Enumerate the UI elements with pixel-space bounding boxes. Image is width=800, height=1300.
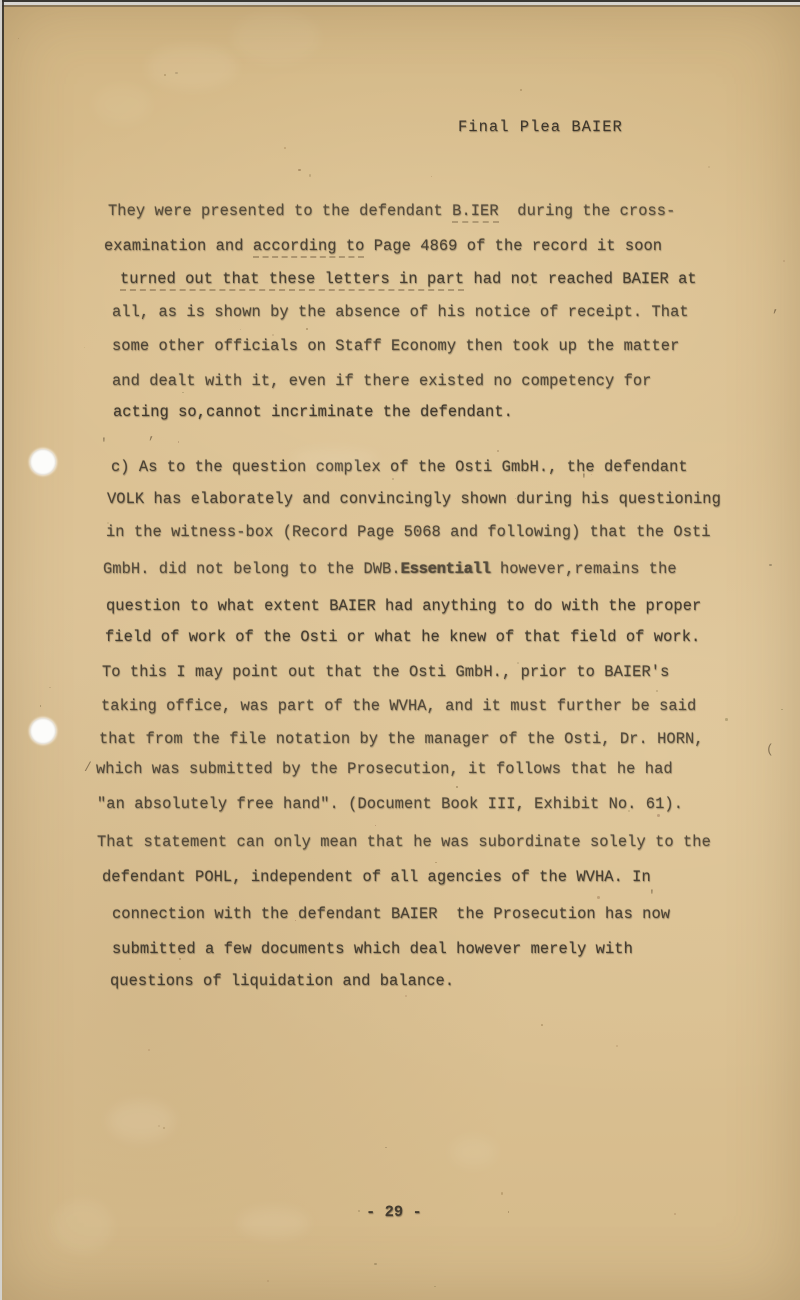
text-segment: which was submitted by the Prosecution, … [96,760,673,778]
text-segment: submitted a few documents which deal how… [112,940,633,958]
text-line: submitted a few documents which deal how… [112,940,633,958]
text-segment: That statement can only mean that he was… [97,833,711,851]
text-line: and dealt with it, even if there existed… [112,372,652,390]
text-line: in the witness-box (Record Page 5068 and… [106,523,711,541]
paper-fleck [49,687,51,689]
stray-mark: , [772,300,780,315]
text-segment: Page 4869 of the record it soon [364,237,662,255]
paper-fleck [541,1024,543,1026]
text-line: defendant POHL, independent of all agenc… [102,868,651,886]
text-segment: "an absolutely free hand". (Document Boo… [97,795,683,813]
text-segment: however,remains the [491,560,677,578]
paper-light-patch [93,85,151,124]
paper-fleck [405,995,407,997]
text-segment: field of work of the Osti or what he kne… [105,628,700,646]
underscored-text: according to [253,237,365,258]
text-line: VOLK has elaborately and convincingly sh… [107,490,721,508]
paper-fleck [272,334,274,336]
text-line: acting so,cannot incriminate the defenda… [113,403,513,421]
paper-light-patch [238,1208,309,1238]
text-line: They were presented to the defendant B.I… [108,202,675,220]
text-line: all, as is shown by the absence of his n… [112,303,689,321]
scan-edge-left-dark [2,0,4,1300]
hole-punch [30,718,56,744]
text-segment: c) As to the question complex of the Ost… [111,458,688,476]
paper-fleck [358,1210,360,1212]
text-segment: some other officials on Staff Economy th… [112,337,679,355]
paper-fleck [148,1049,150,1051]
text-segment: defendant POHL, independent of all agenc… [102,868,651,886]
text-line: That statement can only mean that he was… [97,833,711,851]
paper-light-patch [232,12,321,64]
paper-fleck [656,690,658,692]
paper-fleck [657,814,660,817]
paper-fleck [781,709,782,710]
stray-mark: ( [766,742,774,757]
paper-fleck [769,564,771,566]
paper-fleck [497,450,499,452]
page-number: - 29 - [366,1203,422,1221]
scan-edge-top-shadow [0,5,800,7]
paper-fleck [375,825,376,826]
paper-fleck [508,1211,510,1213]
paper-fleck [267,1280,269,1282]
paper-fleck [298,169,300,171]
text-segment: all, as is shown by the absence of his n… [112,303,689,321]
stray-mark: ' [580,472,588,487]
text-line: examination and according to Page 4869 o… [104,237,662,255]
paper-fleck [182,392,184,394]
paper-fleck [520,89,522,91]
text-segment: connection with the defendant BAIER the … [112,905,670,923]
text-line: c) As to the question complex of the Ost… [111,458,688,476]
text-line: taking office, was part of the WVHA, and… [101,697,696,715]
paper-fleck [435,862,437,864]
scanned-document-page: Final Plea BAIER They were presented to … [0,0,800,1300]
paper-fleck [374,1263,377,1266]
paper-fleck [178,441,179,442]
underscored-text: turned out that these letters in part [120,270,464,291]
paper-fleck [18,38,19,39]
stray-mark: ' [648,888,656,903]
paper-fleck [616,1045,618,1047]
paper-fleck [515,498,516,499]
paper-fleck [434,1286,435,1287]
paper-fleck [783,260,785,262]
text-segment: and dealt with it, even if there existed… [112,372,652,390]
underscored-text: B.IER [452,202,499,223]
text-line: connection with the defendant BAIER the … [112,905,670,923]
text-line: turned out that these letters in part ha… [120,270,697,288]
stray-mark: ' [100,436,108,451]
hole-punch [30,449,56,475]
text-line: which was submitted by the Prosecution, … [96,760,673,778]
paper-fleck [351,564,354,567]
paper-fleck [628,810,630,812]
text-segment: To this I may point out that the Osti Gm… [102,663,669,681]
paper-fleck [529,284,531,286]
stray-mark: / [84,760,92,775]
paper-fleck [674,1213,676,1215]
paper-fleck [84,347,85,348]
stray-mark: , [148,427,156,442]
paper-light-patch [147,45,237,88]
paper-fleck [597,896,600,899]
paper-fleck [456,786,457,787]
text-segment: questions of liquidation and balance. [110,972,454,990]
text-segment: GmbH. did not belong to the DWB. [103,560,401,578]
text-segment: acting so,cannot incriminate the defenda… [113,403,513,421]
text-segment: during the cross- [499,202,676,220]
text-segment: had not reached BAIER at [464,270,697,288]
text-segment: in the witness-box (Record Page 5068 and… [106,523,711,541]
paper-fleck [708,166,710,168]
text-line: some other officials on Staff Economy th… [112,337,679,355]
paper-fleck [309,174,311,176]
paper-light-patch [108,1101,175,1141]
paper-fleck [517,662,519,664]
text-line: GmbH. did not belong to the DWB.Essentia… [103,560,677,578]
text-line: question to what extent BAIER had anythi… [106,597,701,615]
paper-fleck [284,147,286,149]
text-line: "an absolutely free hand". (Document Boo… [97,795,683,813]
text-segment: VOLK has elaborately and convincingly sh… [107,490,721,508]
text-line: To this I may point out that the Osti Gm… [102,663,669,681]
paper-fleck [385,1147,387,1149]
paper-light-patch [451,1137,496,1167]
overstruck-text: Essentiall [401,560,491,578]
paper-fleck [40,705,42,707]
text-segment: question to what extent BAIER had anythi… [106,597,701,615]
paper-fleck [501,1192,504,1195]
text-line: questions of liquidation and balance. [110,972,454,990]
document-header: Final Plea BAIER [458,118,623,136]
paper-light-patch [52,1200,113,1253]
text-line: that from the file notation by the manag… [99,730,704,748]
paper-fleck [107,522,109,524]
paper-light-patch [291,449,378,468]
text-segment: that from the file notation by the manag… [99,730,704,748]
text-segment: They were presented to the defendant [108,202,452,220]
text-line: field of work of the Osti or what he kne… [105,628,700,646]
paper-fleck [306,328,308,330]
paper-fleck [240,329,241,330]
paper-fleck [725,718,728,721]
paper-fleck [431,176,432,177]
text-segment: examination and [104,237,253,255]
text-segment: taking office, was part of the WVHA, and… [101,697,696,715]
paper-fleck [392,478,394,480]
